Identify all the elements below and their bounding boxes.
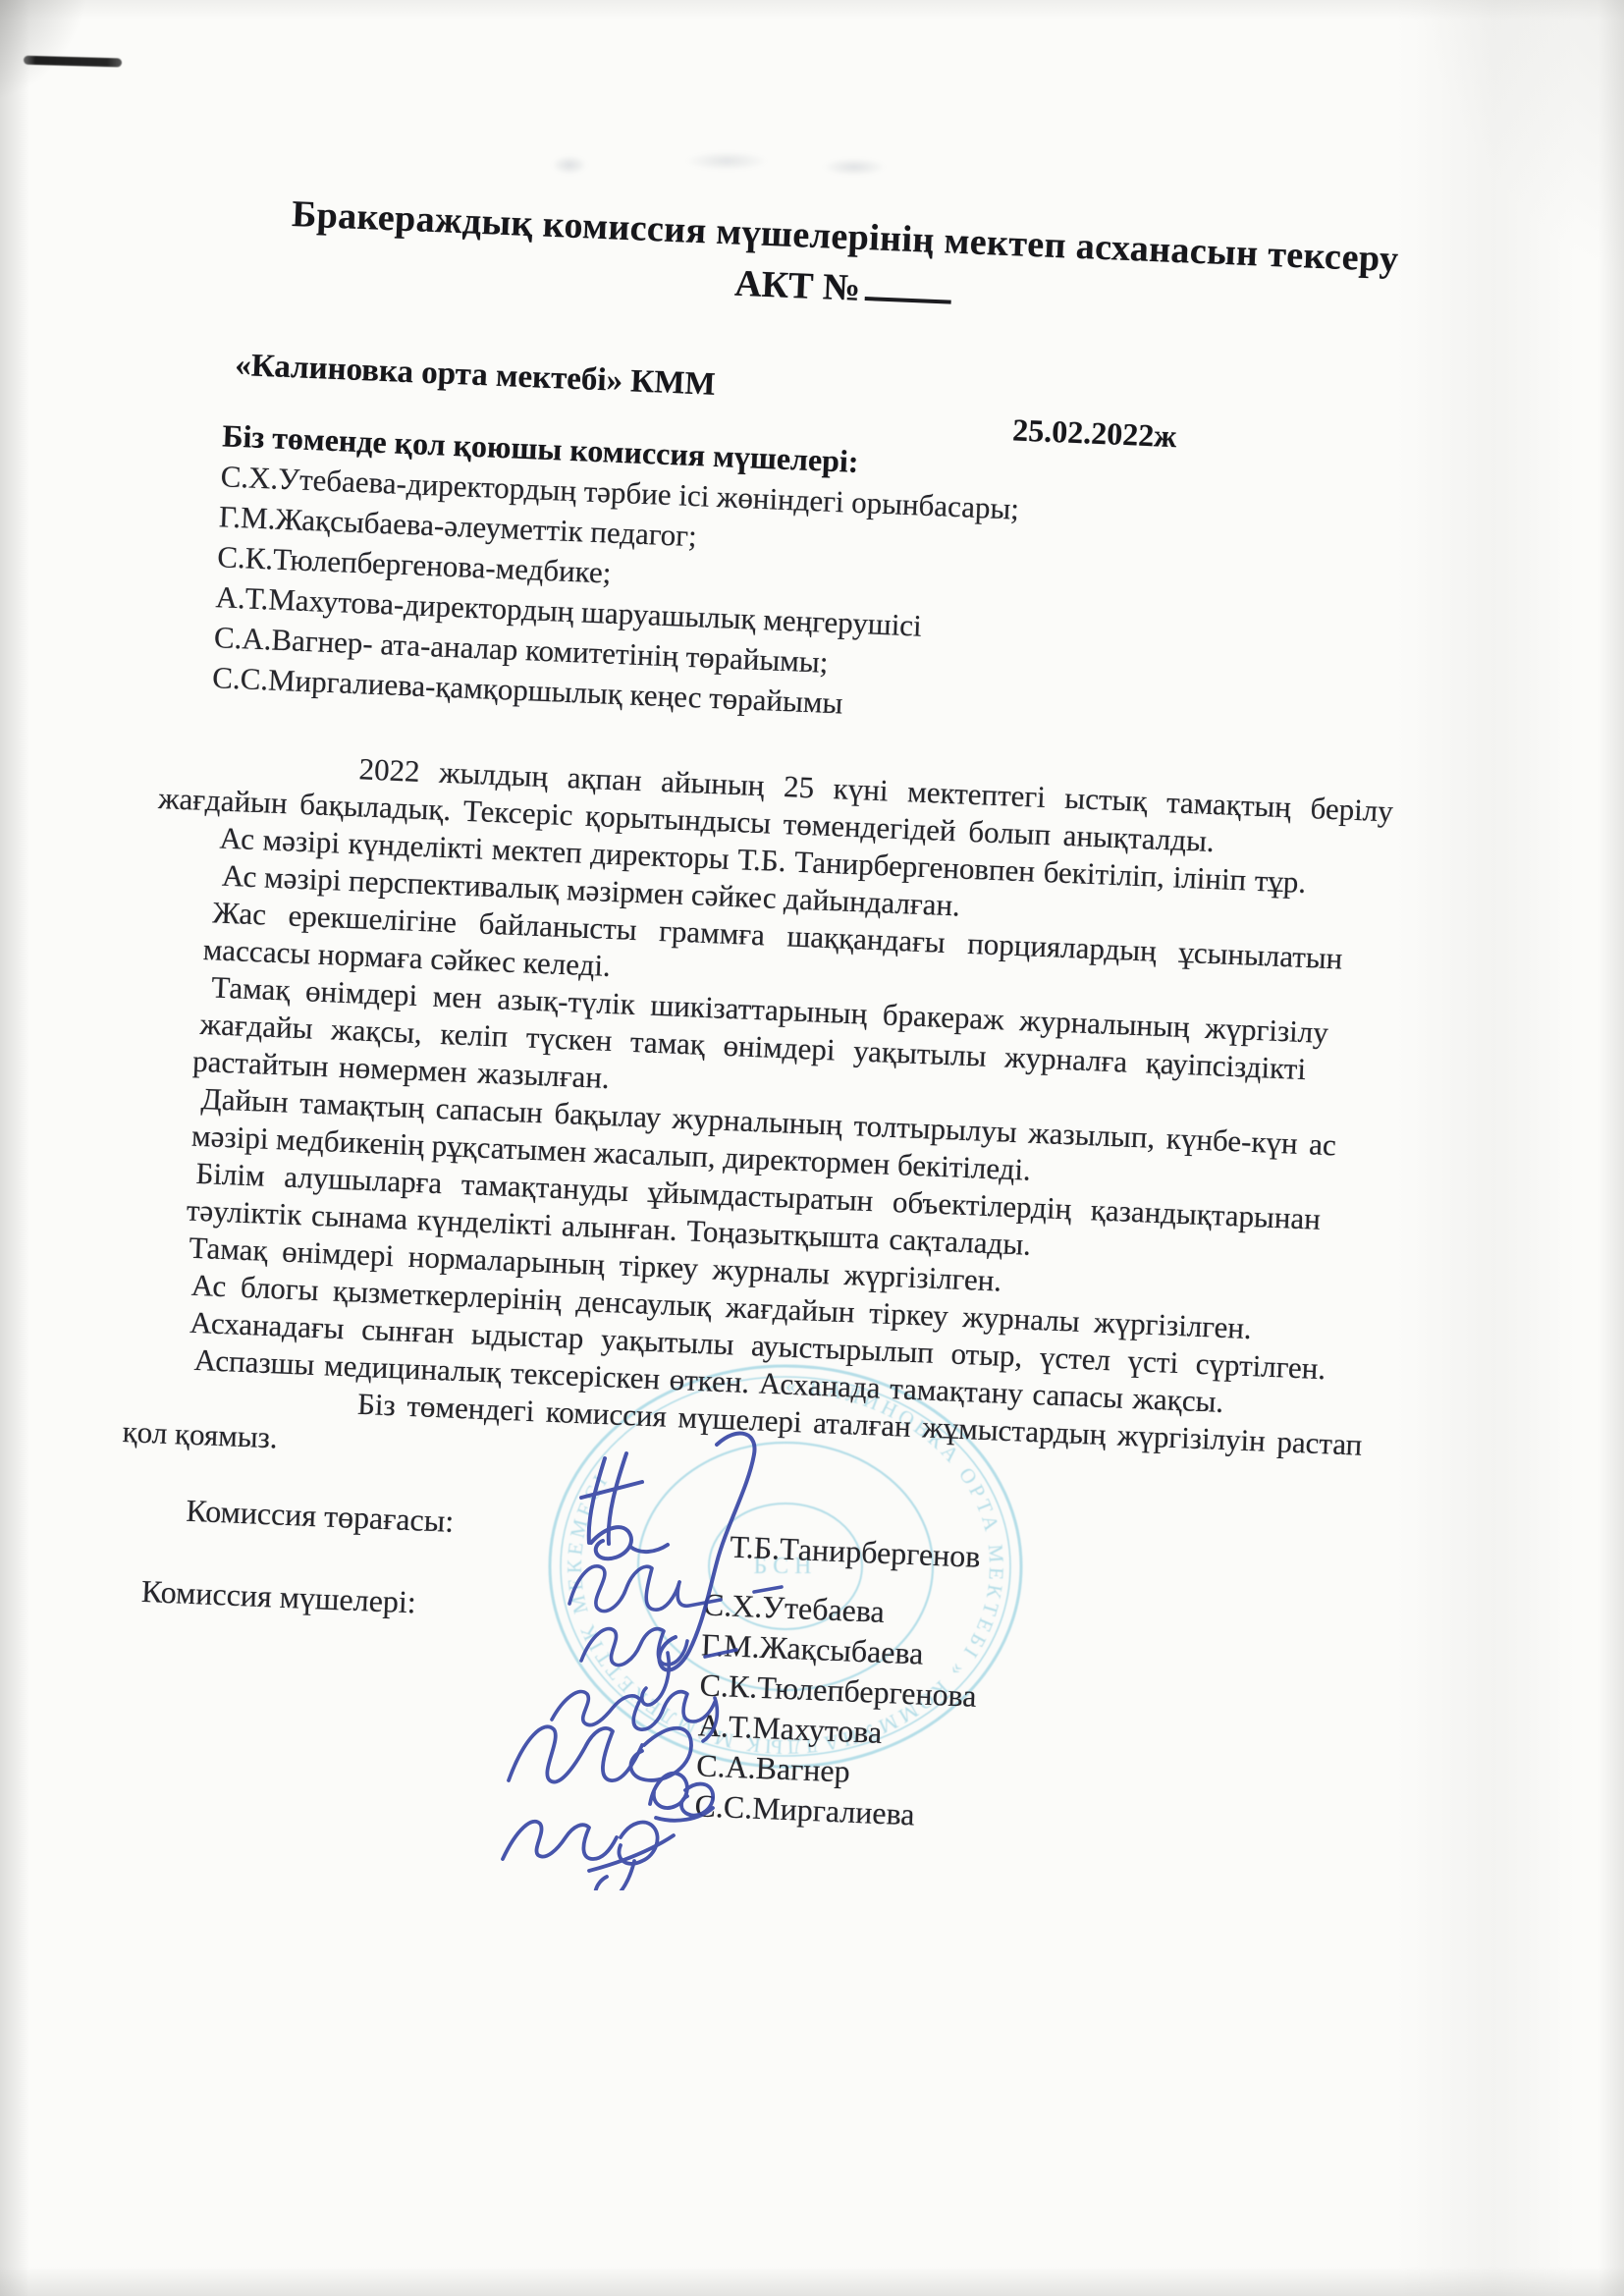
handwritten-signatures (422, 1399, 874, 1890)
utebaeva-signature (569, 1566, 782, 1612)
tyulepbergenova-signature (552, 1692, 717, 1741)
act-number-blank (865, 293, 951, 304)
makhutova-signature (509, 1726, 691, 1781)
scan-artifact-mark (24, 56, 122, 68)
members-label: Комиссия мүшелері: (140, 1573, 416, 1620)
scanned-act-page: « КАЛИНОВКА ОРТА МЕКТЕБІ » КОММУНАЛДЫҚ М… (0, 0, 1624, 2296)
chairman-label: Комиссия төрағасы: (186, 1493, 455, 1540)
zhaksybaeva-signature (581, 1629, 736, 1706)
chairman-signature (581, 1434, 755, 1670)
body-text: 2022 жылдың ақпан айының 25 күні мектепт… (120, 742, 1497, 1506)
mirgalieva-signature (503, 1822, 674, 1890)
act-number-prefix: АКТ № (733, 263, 861, 309)
bleed-through-ghost (530, 137, 952, 183)
school-name: «Калиновка орта мектебі» КММ (235, 348, 1514, 436)
vagner-signature (650, 1774, 713, 1821)
